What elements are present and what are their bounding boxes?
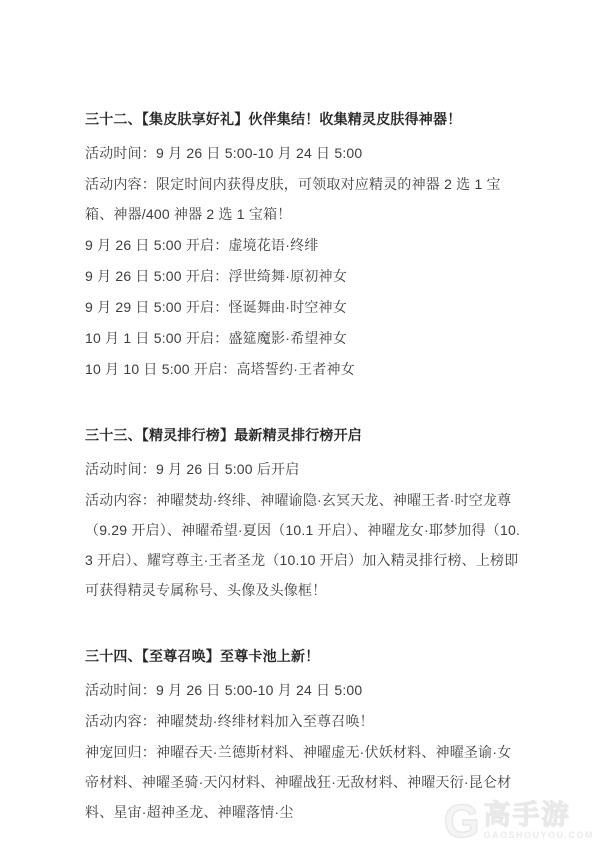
section-34-activity-content: 活动内容：神曜焚劫·终绯材料加入至尊召唤！ bbox=[85, 706, 522, 736]
section-34-activity-time: 活动时间：9 月 26 日 5:00-10 月 24 日 5:00 bbox=[85, 675, 522, 705]
document-content: 三十二、【集皮肤享好礼】伙伴集结！收集精灵皮肤得神器！ 活动时间：9 月 26 … bbox=[0, 0, 600, 827]
section-32-schedule-item: 9 月 26 日 5:00 开启：虚境花语·终绯 bbox=[85, 230, 522, 260]
watermark-url: GAOSHOUYOU.COM bbox=[483, 830, 594, 841]
section-32: 三十二、【集皮肤享好礼】伙伴集结！收集精灵皮肤得神器！ 活动时间：9 月 26 … bbox=[85, 104, 522, 384]
section-33-activity-content: 活动内容：神曜焚劫·终绯、神曜谕隐·玄冥天龙、神曜王者·时空龙尊（9.29 开启… bbox=[85, 485, 522, 605]
section-33-activity-time: 活动时间：9 月 26 日 5:00 后开启 bbox=[85, 454, 522, 484]
section-32-activity-time: 活动时间：9 月 26 日 5:00-10 月 24 日 5:00 bbox=[85, 138, 522, 168]
section-32-activity-content: 活动内容：限定时间内获得皮肤，可领取对应精灵的神器 2 选 1 宝箱、神器/40… bbox=[85, 169, 522, 229]
gaoshouyou-logo-icon: G bbox=[444, 798, 480, 844]
section-32-schedule-item: 10 月 10 日 5:00 开启：高塔誓约·王者神女 bbox=[85, 354, 522, 384]
section-34-heading: 三十四、【至尊召唤】至尊卡池上新！ bbox=[85, 641, 522, 671]
section-32-heading: 三十二、【集皮肤享好礼】伙伴集结！收集精灵皮肤得神器！ bbox=[85, 104, 522, 134]
section-32-schedule-item: 9 月 29 日 5:00 开启：怪诞舞曲·时空神女 bbox=[85, 292, 522, 322]
section-32-schedule-item: 9 月 26 日 5:00 开启：浮世绮舞·原初神女 bbox=[85, 261, 522, 291]
watermark: G 高手游 GAOSHOUYOU.COM bbox=[444, 798, 594, 844]
watermark-brand: 高手游 bbox=[483, 801, 570, 829]
section-33: 三十三、【精灵排行榜】最新精灵排行榜开启 活动时间：9 月 26 日 5:00 … bbox=[85, 420, 522, 605]
watermark-text-group: 高手游 GAOSHOUYOU.COM bbox=[483, 801, 594, 840]
section-33-heading: 三十三、【精灵排行榜】最新精灵排行榜开启 bbox=[85, 420, 522, 450]
document-page: 三十二、【集皮肤享好礼】伙伴集结！收集精灵皮肤得神器！ 活动时间：9 月 26 … bbox=[0, 0, 600, 848]
section-32-schedule-item: 10 月 1 日 5:00 开启：盛筵魔影·希望神女 bbox=[85, 323, 522, 353]
